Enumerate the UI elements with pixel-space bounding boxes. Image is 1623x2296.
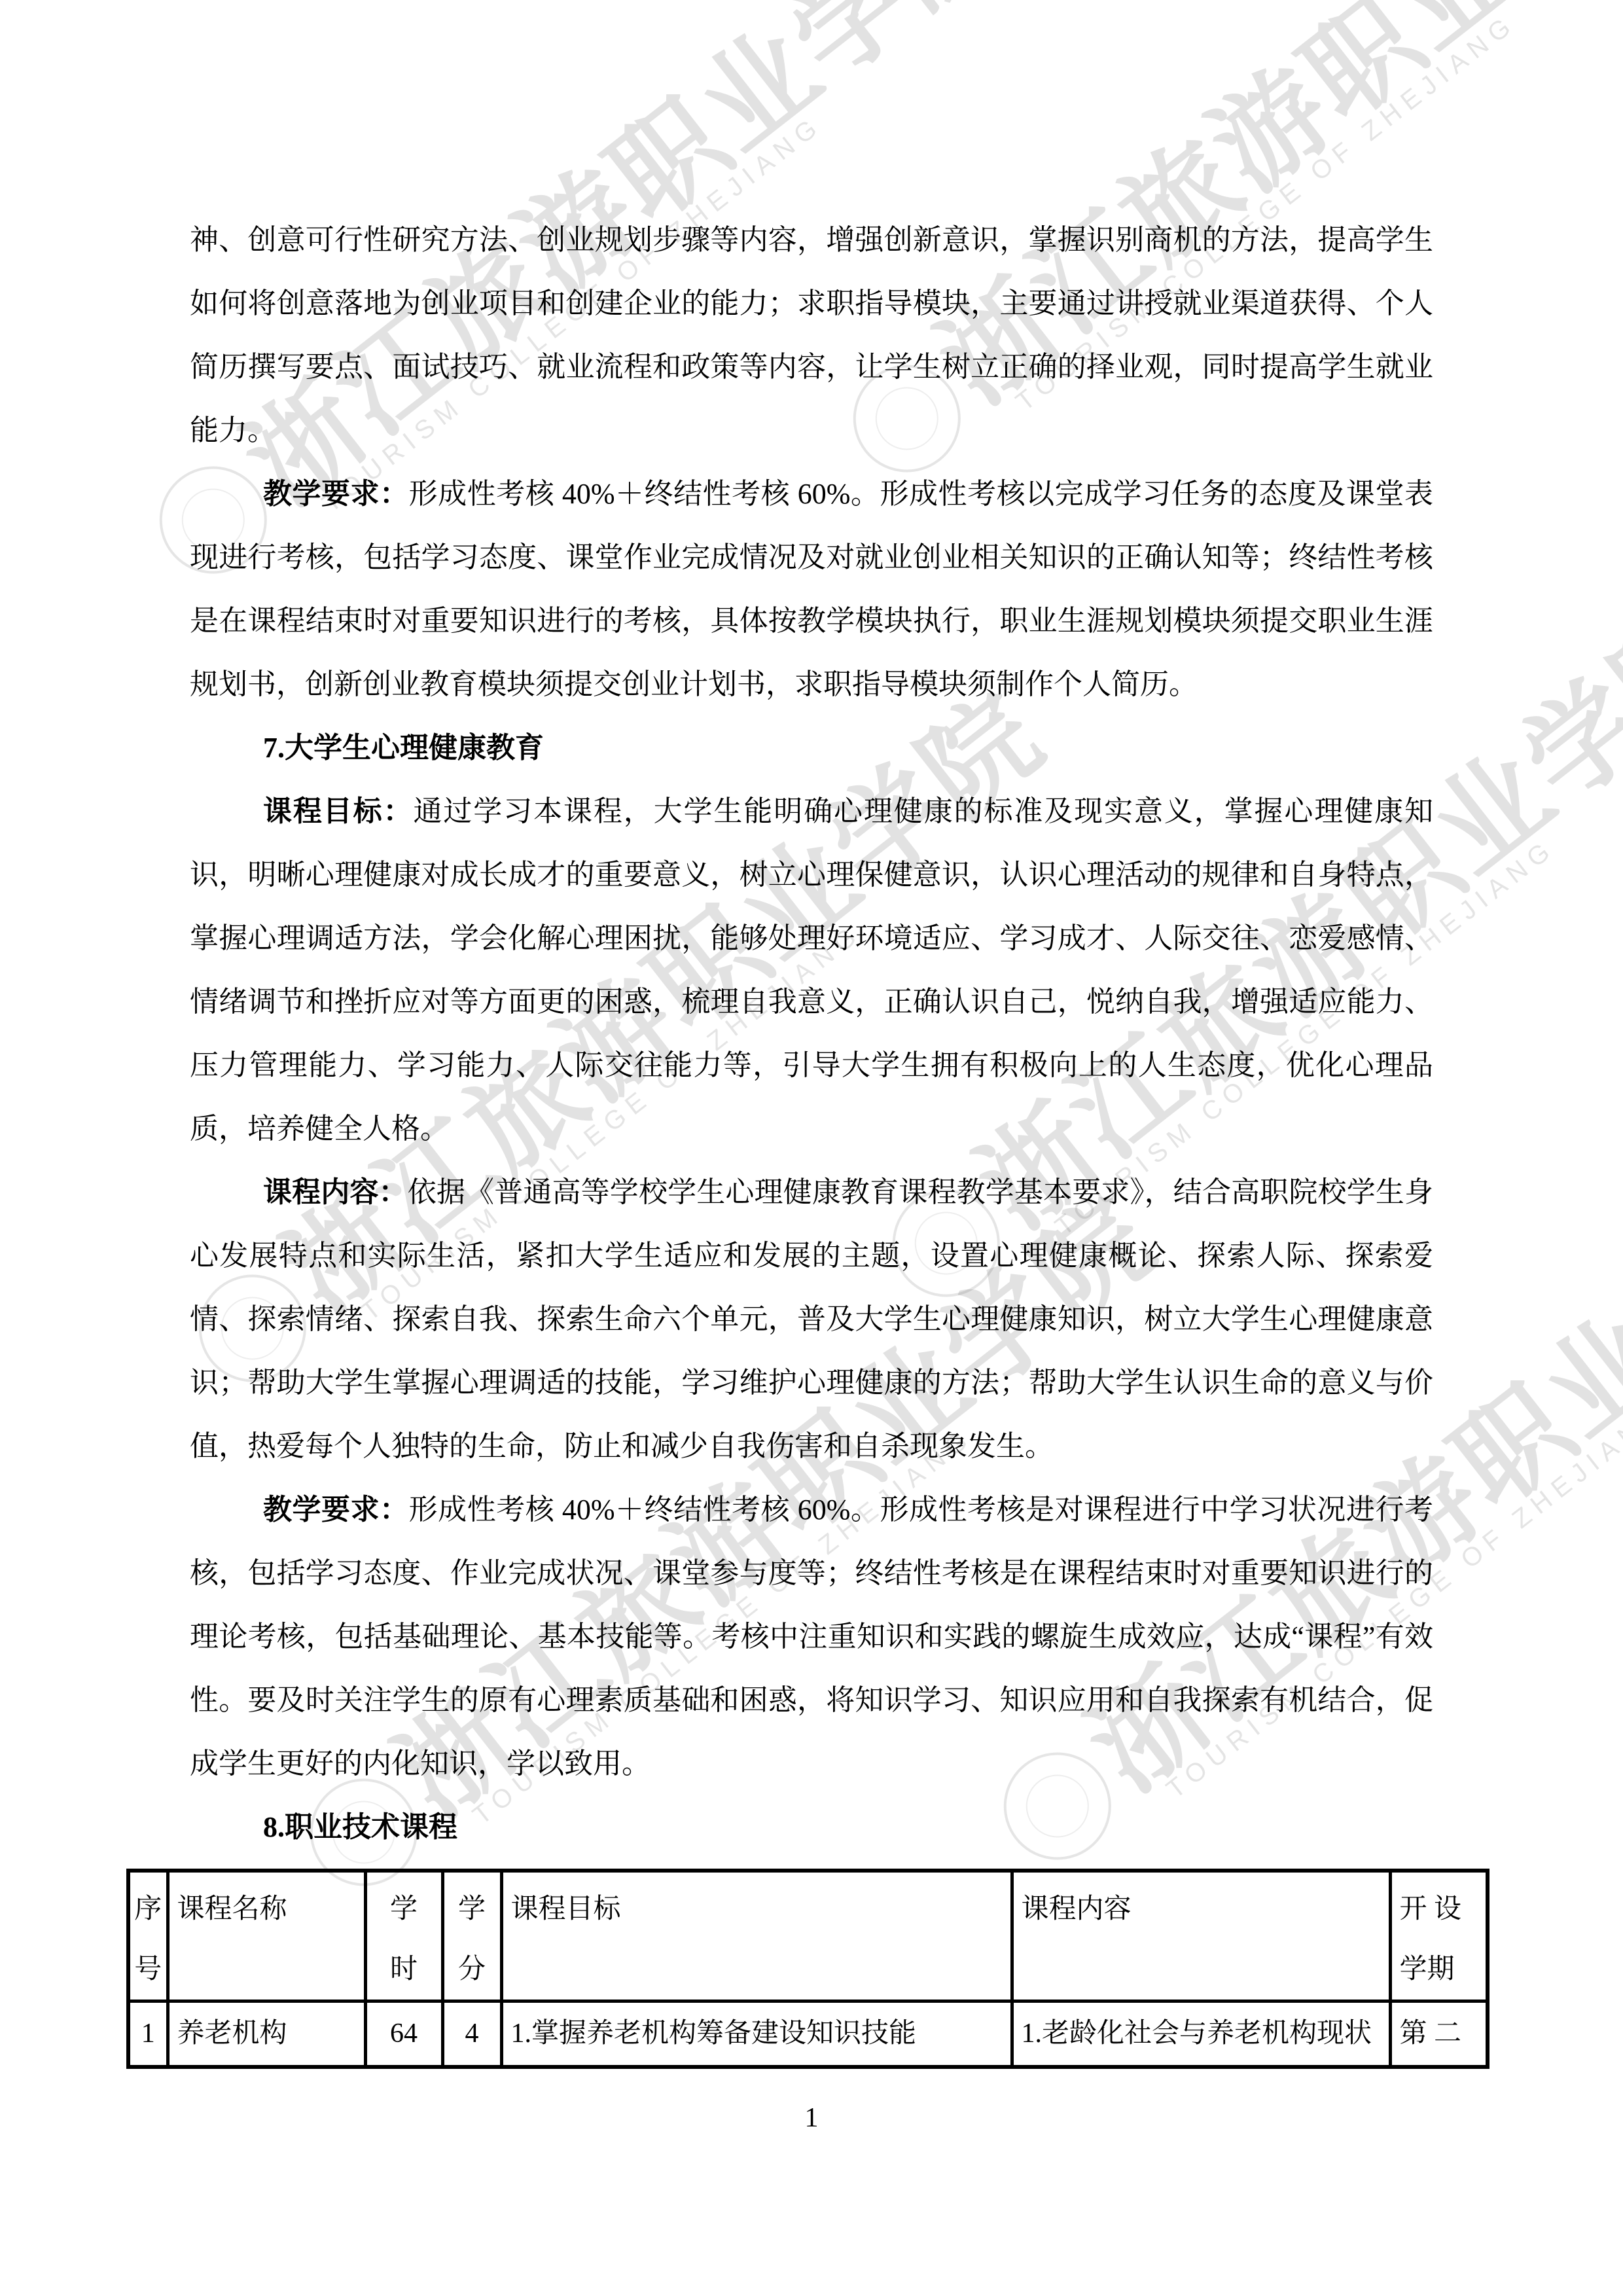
table-row: 1 养老机构 64 4 1.掌握养老机构筹备建设知识技能 1.老龄化社会与养老机… <box>128 2001 1488 2067</box>
paragraph-text: 形成性考核 40%＋终结性考核 60%。形成性考核是对课程进行中学习状况进行考核… <box>190 1494 1433 1780</box>
paragraph-text: 形成性考核 40%＋终结性考核 60%。形成性考核以完成学习任务的态度及课堂表现… <box>190 478 1433 700</box>
header-credits: 学 分 <box>442 1871 501 2001</box>
table-header-row: 序 号 课程名称 学 时 学 分 课程目标 课程内容 开 设 学期 <box>128 1871 1488 2001</box>
cell-course-name: 养老机构 <box>168 2001 365 2067</box>
paragraph-text: 依据《普通高等学校学生心理健康教育课程教学基本要求》，结合高职院校学生身心发展特… <box>190 1176 1433 1462</box>
cell-semester: 第 二 <box>1390 2001 1488 2067</box>
paragraph-teaching-requirements-1: 教学要求：形成性考核 40%＋终结性考核 60%。形成性考核以完成学习任务的态度… <box>190 462 1433 716</box>
paragraph-label: 教学要求： <box>263 478 409 510</box>
cell-hours: 64 <box>365 2001 442 2067</box>
cell-objectives: 1.掌握养老机构筹备建设知识技能 <box>501 2001 1012 2067</box>
body-text-block: 神、创意可行性研究方法、创业规划步骤等内容，增强创新意识，掌握识别商机的方法，提… <box>190 208 1433 1859</box>
paragraph-text: 神、创意可行性研究方法、创业规划步骤等内容，增强创新意识，掌握识别商机的方法，提… <box>190 224 1433 446</box>
cell-credits: 4 <box>442 2001 501 2067</box>
cell-index: 1 <box>128 2001 168 2067</box>
header-course-name: 课程名称 <box>168 1871 365 2001</box>
header-semester: 开 设 学期 <box>1390 1871 1488 2001</box>
paragraph-course-objectives: 课程目标：通过学习本课程，大学生能明确心理健康的标准及现实意义，掌握心理健康知识… <box>190 780 1433 1160</box>
header-hours: 学 时 <box>365 1871 442 2001</box>
paragraph-continuation: 神、创意可行性研究方法、创业规划步骤等内容，增强创新意识，掌握识别商机的方法，提… <box>190 208 1433 462</box>
cell-content: 1.老龄化社会与养老机构现状 <box>1012 2001 1390 2067</box>
paragraph-text: 通过学习本课程，大学生能明确心理健康的标准及现实意义，掌握心理健康知识，明晰心理… <box>190 795 1433 1145</box>
header-objectives: 课程目标 <box>501 1871 1012 2001</box>
heading-section-8: 8.职业技术课程 <box>190 1795 1433 1859</box>
header-content: 课程内容 <box>1012 1871 1390 2001</box>
paragraph-course-content: 课程内容：依据《普通高等学校学生心理健康教育课程教学基本要求》，结合高职院校学生… <box>190 1160 1433 1478</box>
paragraph-label: 课程目标： <box>263 795 413 827</box>
header-index: 序 号 <box>128 1871 168 2001</box>
paragraph-label: 教学要求： <box>263 1494 409 1526</box>
page-number: 1 <box>0 2102 1623 2134</box>
paragraph-teaching-requirements-2: 教学要求：形成性考核 40%＋终结性考核 60%。形成性考核是对课程进行中学习状… <box>190 1478 1433 1795</box>
vocational-courses-table: 序 号 课程名称 学 时 学 分 课程目标 课程内容 开 设 学期 <box>126 1869 1486 2069</box>
heading-section-7: 7.大学生心理健康教育 <box>190 716 1433 780</box>
document-page: 浙江旅游职业学院 TOURISM COLLEGE OF ZHEJIANG 浙江旅… <box>0 0 1623 2296</box>
paragraph-label: 课程内容： <box>263 1176 408 1208</box>
